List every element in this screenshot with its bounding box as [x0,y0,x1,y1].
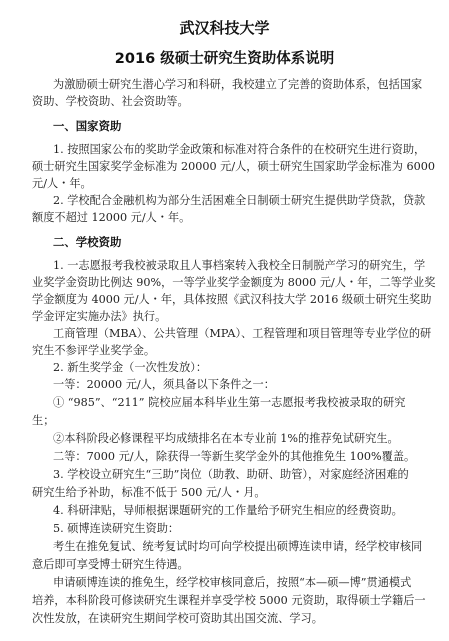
document-body: 为激励硕士研究生潜心学习和科研，我校建立了完善的资助体系，包括国家 资助、学校资… [32,0,404,641]
document-page: 武汉科技大学 2016 级硕士研究生资助体系说明 为激励硕士研究生潜心学习和科研… [0,0,449,641]
paragraph-line: 5. 硕博连读研究生资助： [53,521,179,537]
paragraph-line: 二等：7000 元/人，除获得一等新生奖学金外的其他推免生 100%覆盖。 [53,449,415,465]
paragraph-line: 学金评定实施办法》执行。 [32,309,166,325]
paragraph-line: ②本科阶段必修课程平均成绩排名在本专业前 1%的推荐免试研究生。 [53,431,399,447]
paragraph-line: 2. 新生奖学金（一次性发放）： [53,360,207,376]
paragraph-line: 额度不超过 12000 元/人・年。 [32,210,190,226]
section-heading-national-aid: 一、国家资助 [53,118,121,134]
paragraph-line: 业奖学金资助比例达 90%，一等学业奖学金额度为 8000 元/人・年，二等学业… [32,275,435,291]
paragraph-line: ① “985”、“211” 院校应届本科毕业生第一志愿报考我校被录取的研究 [53,395,405,411]
paragraph-line: 工商管理（MBA）、公共管理（MPA）、工程管理和项目管理等专业学位的研 [53,326,431,342]
section-heading-school-aid: 二、学校资助 [53,234,121,250]
paragraph-line: 1. 按照国家公布的奖助学金政策和标准对符合条件的在校研究生进行资助， [53,142,425,158]
paragraph-line: 元/人・年。 [32,176,92,192]
paragraph-line: 申请硕博连读的推免生，经学校审核同意后，按照“本—硕—博”贯通模式 [53,575,411,591]
paragraph-line: 一等：20000 元/人，须具备以下条件之一： [53,377,275,393]
paragraph-line: 硕士研究生国家奖学金标准为 20000 元/人，硕士研究生国家助学金标准为 60… [32,159,435,175]
paragraph-line: 考生在推免复试、统考复试时均可向学校提出硕博连读申请，经学校审核同 [53,539,422,555]
intro-line: 为激励硕士研究生潜心学习和科研，我校建立了完善的资助体系，包括国家 [53,77,422,93]
paragraph-line: 4. 科研津贴，导师根据课题研究的工作量给予研究生相应的经费资助。 [53,503,403,519]
paragraph-line: 1. 一志愿报考我校被录取且人事档案转入我校全日制脱产学习的研究生，学 [53,258,425,274]
paragraph-line: 次性发放，在读研究生期间学校可资助其出国交流、学习。 [32,611,323,627]
paragraph-line: 研究生给予补助，标准不低于 500 元/人・月。 [32,485,266,501]
paragraph-line: 2. 学校配合金融机构为部分生活困难全日制硕士研究生提供助学贷款，贷款 [53,193,425,209]
paragraph-line: 生； [32,413,54,429]
paragraph-line: 意后即可享受博士研究生待遇。 [32,557,189,573]
paragraph-line: 究生不参评学业奖学金。 [32,343,155,359]
intro-line: 资助、学校资助、社会资助等。 [32,94,189,110]
paragraph-line: 培养，本科阶段可修读研究生课程并享受学校 5000 元资助，取得硕士学籍后一 [32,593,426,609]
paragraph-line: 3. 学校设立研究生“三助”岗位（助教、助研、助管），对家庭经济困难的 [53,467,409,483]
paragraph-line: 学金额度为 4000 元/人・年，具体按照《武汉科技大学 2016 级硕士研究生… [32,292,431,308]
